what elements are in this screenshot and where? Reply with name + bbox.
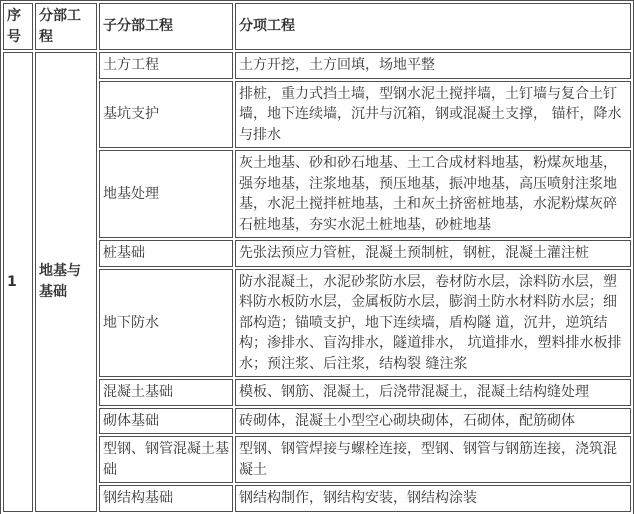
table-body: 1 地基与基础 土方工程 土方开挖，土方回填，场地平整 基坑支护 排桩，重力式挡… xyxy=(3,52,631,512)
subdivision-cell: 地下防水 xyxy=(99,269,233,378)
subdivision-cell: 型钢、钢管混凝土基础 xyxy=(99,436,233,483)
table-row: 地基处理 灰土地基、砂和砂石地基、土工合成材料地基，粉煤灰地基，强夯地基，注浆地… xyxy=(3,150,631,238)
division-cell: 地基与基础 xyxy=(35,52,97,512)
subdivision-cell: 基坑支护 xyxy=(99,81,233,149)
items-cell: 灰土地基、砂和砂石地基、土工合成材料地基，粉煤灰地基，强夯地基，注浆地基，预压地… xyxy=(235,150,631,238)
header-division: 分部工程 xyxy=(35,3,97,50)
subdivision-cell: 地基处理 xyxy=(99,150,233,238)
subdivision-cell: 混凝土基础 xyxy=(99,379,233,406)
table-row: 砌体基础 砖砌体，混凝土小型空心砌块砌体，石砌体，配筋砌体 xyxy=(3,408,631,435)
items-cell: 模板、钢筋、混凝土，后浇带混凝土，混凝土结构缝处理 xyxy=(235,379,631,406)
items-cell: 防水混凝土，水泥砂浆防水层，卷材防水层，涂料防水层，塑料防水板防水层，金属板防水… xyxy=(235,269,631,378)
table-row: 混凝土基础 模板、钢筋、混凝土，后浇带混凝土，混凝土结构缝处理 xyxy=(3,379,631,406)
subdivision-cell: 砌体基础 xyxy=(99,408,233,435)
subdivision-cell: 钢结构基础 xyxy=(99,485,233,512)
items-cell: 钢结构制作，钢结构安装，钢结构涂装 xyxy=(235,485,631,512)
table-header: 序号 分部工程 子分部工程 分项工程 xyxy=(3,3,631,50)
serial-cell: 1 xyxy=(3,52,33,512)
items-cell: 土方开挖，土方回填，场地平整 xyxy=(235,52,631,79)
table-row: 1 地基与基础 土方工程 土方开挖，土方回填，场地平整 xyxy=(3,52,631,79)
subdivision-cell: 桩基础 xyxy=(99,240,233,267)
construction-works-table: 序号 分部工程 子分部工程 分项工程 1 地基与基础 土方工程 土方开挖，土方回… xyxy=(0,0,634,514)
header-serial: 序号 xyxy=(3,3,33,50)
table-row: 钢结构基础 钢结构制作，钢结构安装，钢结构涂装 xyxy=(3,485,631,512)
table-row: 基坑支护 排桩，重力式挡土墙，型钢水泥土搅拌墙，土钉墙与复合土钉墙，地下连续墙，… xyxy=(3,81,631,149)
table-row: 地下防水 防水混凝土，水泥砂浆防水层，卷材防水层，涂料防水层，塑料防水板防水层，… xyxy=(3,269,631,378)
items-cell: 砖砌体，混凝土小型空心砌块砌体，石砌体，配筋砌体 xyxy=(235,408,631,435)
header-subdivision: 子分部工程 xyxy=(99,3,233,50)
page: 序号 分部工程 子分部工程 分项工程 1 地基与基础 土方工程 土方开挖，土方回… xyxy=(0,0,634,514)
table-row: 桩基础 先张法预应力管桩，混凝土预制桩，钢桩，混凝土灌注桩 xyxy=(3,240,631,267)
subdivision-cell: 土方工程 xyxy=(99,52,233,79)
table-row: 型钢、钢管混凝土基础 型钢、钢管焊接与螺栓连接，型钢、钢管与钢筋连接，浇筑混凝土 xyxy=(3,436,631,483)
header-item: 分项工程 xyxy=(235,3,631,50)
items-cell: 排桩，重力式挡土墙，型钢水泥土搅拌墙，土钉墙与复合土钉墙，地下连续墙，沉井与沉箱… xyxy=(235,81,631,149)
items-cell: 型钢、钢管焊接与螺栓连接，型钢、钢管与钢筋连接，浇筑混凝土 xyxy=(235,436,631,483)
items-cell: 先张法预应力管桩，混凝土预制桩，钢桩，混凝土灌注桩 xyxy=(235,240,631,267)
header-row: 序号 分部工程 子分部工程 分项工程 xyxy=(3,3,631,50)
